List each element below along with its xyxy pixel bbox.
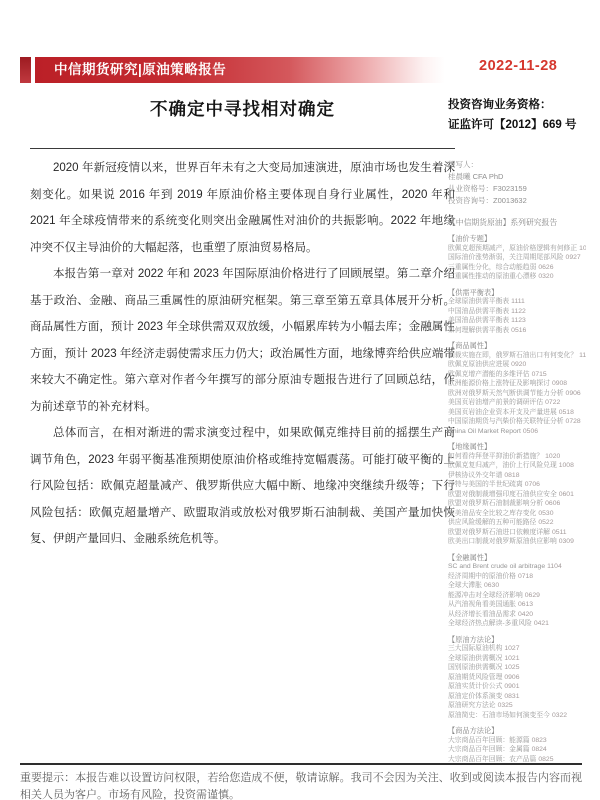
report-item-page: 0516 bbox=[511, 327, 526, 334]
report-item-page: 0522 bbox=[538, 519, 553, 526]
report-item-title: 全球原油供需概况 bbox=[448, 655, 502, 662]
report-item-page: 0630 bbox=[484, 582, 499, 589]
report-item: China Oil Market Report0506 bbox=[448, 427, 586, 437]
report-item-page: 1108 bbox=[579, 352, 586, 359]
report-item-title: 中国油品供需平衡表 bbox=[448, 308, 509, 315]
report-item: 欧洲对俄罗斯天然气断供调节能力分析0906 bbox=[448, 389, 586, 399]
report-item-title: 从汽油视角看美国通胀 bbox=[448, 601, 516, 608]
report-item-page: 0908 bbox=[552, 380, 567, 387]
report-item-title: 欧佩克原油供应进展 bbox=[448, 361, 509, 368]
report-item: 供应风险缓解的五种可能路径0522 bbox=[448, 518, 586, 528]
report-item-page: 0325 bbox=[498, 702, 513, 709]
report-section: 【原油方法论】三大国际原油机构1027全球原油供需概况1021国别原油供需概况1… bbox=[448, 635, 586, 721]
report-item: 欧洲能源价格上涨特征及影响探讨0908 bbox=[448, 379, 586, 389]
author-practice-no: 从业资格号：F3023159 bbox=[448, 183, 586, 195]
report-item: 欧佩克增产潜能的多维评估0715 bbox=[448, 370, 586, 380]
report-item: 欧盟对俄罗斯石油制裁影响分析0606 bbox=[448, 499, 586, 509]
report-item: 如何看待拜登平抑油价新措施？1020 bbox=[448, 452, 586, 462]
report-item-page: 1020 bbox=[545, 453, 560, 460]
report-item-page: 0728 bbox=[566, 418, 581, 425]
section-title: 【地缘属性】 bbox=[448, 442, 586, 452]
report-item-page: 1021 bbox=[504, 655, 519, 662]
report-section: 【供需平衡表】全球原油供需平衡表1111中国油品供需平衡表1122美国油品供需平… bbox=[448, 288, 586, 336]
report-item-page: 1025 bbox=[504, 664, 519, 671]
report-item-title: 欧洲对俄罗斯天然气断供调节能力分析 bbox=[448, 390, 564, 397]
series-title: 【中信期货原油】系列研究报告 bbox=[448, 217, 586, 228]
report-item-title: 国别原油供需概况 bbox=[448, 664, 502, 671]
report-item-title: China Oil Market Report bbox=[448, 428, 521, 435]
report-item: 三重属性推动的原油重心漂移0320 bbox=[448, 272, 586, 282]
author-name: 桂晨曦 CFA PhD bbox=[448, 171, 586, 183]
report-item: 欧盟对俄罗斯石油进口依赖度详解0511 bbox=[448, 528, 586, 538]
report-item: 从汽油视角看美国通胀0613 bbox=[448, 600, 586, 610]
main-column: 不确定中寻找相对确定 2020 年新冠疫情以来，世界百年未有之大变局加速演进，原… bbox=[30, 96, 455, 553]
section-title: 【油价专题】 bbox=[448, 234, 586, 244]
report-item-title: 三重属性分化，综合动能趋弱 bbox=[448, 264, 536, 271]
brand-bar-accent bbox=[20, 57, 31, 83]
report-item-page: 0511 bbox=[552, 529, 567, 536]
section-title: 【原油方法论】 bbox=[448, 635, 586, 645]
report-item-title: 欧美出口制裁对俄罗斯原油供应影响 bbox=[448, 538, 557, 545]
section-title: 【商品方法论】 bbox=[448, 726, 586, 736]
report-item-page: 0322 bbox=[552, 712, 567, 719]
report-item-title: 欧佩克超预期减产，原油价格逻辑有何修正 bbox=[448, 245, 577, 252]
report-item-page: 1014 bbox=[579, 245, 586, 252]
report-item-page: 0831 bbox=[504, 693, 519, 700]
report-item: 国别原油供需概况1025 bbox=[448, 663, 586, 673]
report-section: 【商品属性】制裁实施在即，俄罗斯石油出口有何变化？1108欧佩克原油供应进展09… bbox=[448, 341, 586, 436]
report-item-page: 0309 bbox=[559, 538, 574, 545]
report-item: 经济周期中的原油价格0718 bbox=[448, 572, 586, 582]
summary-paragraph: 2020 年新冠疫情以来，世界百年未有之大变局加速演进，原油市场也发生着深刻变化… bbox=[30, 155, 455, 261]
section-title: 【金融属性】 bbox=[448, 553, 586, 563]
report-item-title: 中美油品安全比较之库存变化 bbox=[448, 510, 536, 517]
report-item: 原油研究方法论0325 bbox=[448, 701, 586, 711]
brand-bar: 中信期货研究|原油策略报告 bbox=[20, 57, 445, 83]
report-item: 伊核协议外交年谱0818 bbox=[448, 471, 586, 481]
report-item-page: 0718 bbox=[518, 573, 533, 580]
report-item-title: 大宗商品百年回顾：能源篇 bbox=[448, 737, 530, 744]
report-item-page: 0320 bbox=[538, 273, 553, 280]
report-item-page: 0706 bbox=[525, 481, 540, 488]
report-item-title: 国际油价涨势渐弱，关注周期尾部风险 bbox=[448, 254, 564, 261]
report-item: 从经济增长看油品需求0420 bbox=[448, 610, 586, 620]
report-item-title: 美国油品供需平衡表 bbox=[448, 317, 509, 324]
report-item-title: 大宗商品百年回顾：金属篇 bbox=[448, 746, 530, 753]
report-date: 2022-11-28 bbox=[479, 58, 579, 74]
report-item-title: SC and Brent crude oil arbitrage bbox=[448, 563, 545, 570]
report-item: 全球原油供需平衡表1111 bbox=[448, 297, 586, 307]
report-item-title: 如何看待拜登平抑油价新措施？ bbox=[448, 453, 543, 460]
report-item-title: 全球大滞胀 bbox=[448, 582, 482, 589]
sidebar: 投资咨询业务资格： 证监许可【2012】669 号 撰写人： 桂晨曦 CFA P… bbox=[448, 95, 586, 764]
report-item-page: 0722 bbox=[545, 399, 560, 406]
report-item: 美国油品供需平衡表1123 bbox=[448, 316, 586, 326]
report-item-page: 0606 bbox=[545, 500, 560, 507]
report-item-page: 0506 bbox=[523, 428, 538, 435]
report-item-title: 原油定价体系演变 bbox=[448, 693, 502, 700]
report-item: 中美油品安全比较之库存变化0530 bbox=[448, 509, 586, 519]
report-section: 【地缘属性】如何看待拜登平抑油价新措施？1020欧佩克复归减产，油价上行风险兑现… bbox=[448, 442, 586, 547]
report-title: 不确定中寻找相对确定 bbox=[30, 96, 455, 121]
report-item: 能源冲击对全球经济影响0629 bbox=[448, 591, 586, 601]
report-item: 欧佩克超预期减产，原油价格逻辑有何修正1014 bbox=[448, 244, 586, 254]
report-item: 欧美出口制裁对俄罗斯原油供应影响0309 bbox=[448, 537, 586, 547]
report-item-title: 原油研究方法论 bbox=[448, 702, 496, 709]
report-item: 中国油品供需平衡表1122 bbox=[448, 307, 586, 317]
report-item-page: 1123 bbox=[511, 317, 526, 324]
report-item: 三重属性分化，综合动能趋弱0626 bbox=[448, 263, 586, 273]
report-item-page: 0818 bbox=[504, 472, 519, 479]
report-item: 国际油价涨势渐弱，关注周期尾部风险0927 bbox=[448, 253, 586, 263]
report-item-title: 全球经济热点解读-多重风险 bbox=[448, 620, 532, 627]
report-item-page: 1104 bbox=[547, 563, 562, 570]
report-item-title: 原油实货计价公式 bbox=[448, 683, 502, 690]
report-item-page: 0824 bbox=[532, 746, 547, 753]
report-item: 中国原油期货与汽柴价格关联特征分析0728 bbox=[448, 417, 586, 427]
report-item-page: 1111 bbox=[511, 298, 525, 305]
author-label: 撰写人： bbox=[448, 159, 586, 171]
report-item-page: 0927 bbox=[566, 254, 581, 261]
report-item-page: 0420 bbox=[518, 611, 533, 618]
report-item-page: 0530 bbox=[538, 510, 553, 517]
report-item-page: 0825 bbox=[538, 756, 553, 763]
report-item: 制裁实施在即，俄罗斯石油出口有何变化？1108 bbox=[448, 351, 586, 361]
report-item: 大宗商品百年回顾：能源篇0823 bbox=[448, 736, 586, 746]
report-item-title: 美国页岩油企业资本开支及产量进展 bbox=[448, 409, 557, 416]
report-item: 三大国际原油机构1027 bbox=[448, 644, 586, 654]
qualification-line-2: 证监许可【2012】669 号 bbox=[448, 115, 586, 135]
report-item: 原油定价体系演变0831 bbox=[448, 692, 586, 702]
report-item-page: 1122 bbox=[511, 308, 526, 315]
report-item: 欧盟对俄制裁增强印度石油供应安全0601 bbox=[448, 490, 586, 500]
report-item-title: 沙特与美国的半世纪疏离 bbox=[448, 481, 523, 488]
report-item: 欧佩克复归减产，油价上行风险兑现1008 bbox=[448, 461, 586, 471]
report-item-title: 欧盟对俄制裁增强印度石油供应安全 bbox=[448, 491, 557, 498]
report-item-page: 0901 bbox=[504, 683, 519, 690]
footer: 重要提示：本报告难以设置访问权限，若给您造成不便，敬请谅解。我司不会因为关注、收… bbox=[20, 763, 582, 800]
report-item: SC and Brent crude oil arbitrage1104 bbox=[448, 562, 586, 572]
report-item: 沙特与美国的半世纪疏离0706 bbox=[448, 480, 586, 490]
report-item-title: 伊核协议外交年谱 bbox=[448, 472, 502, 479]
report-item-page: 0823 bbox=[532, 737, 547, 744]
report-item-page: 1008 bbox=[559, 462, 574, 469]
section-title: 【商品属性】 bbox=[448, 341, 586, 351]
report-item-title: 全球原油供需平衡表 bbox=[448, 298, 509, 305]
report-item-title: 从经济增长看油品需求 bbox=[448, 611, 516, 618]
brand-bar-title: 中信期货研究|原油策略报告 bbox=[35, 57, 445, 83]
report-item: 美国页岩油企业资本开支及产量进展0518 bbox=[448, 408, 586, 418]
report-item-title: 原油简史：石油市场如何演变至今 bbox=[448, 712, 550, 719]
report-section: 【商品方法论】大宗商品百年回顾：能源篇0823大宗商品百年回顾：金属篇0824大… bbox=[448, 726, 586, 764]
report-item: 大宗商品百年回顾：金属篇0824 bbox=[448, 745, 586, 755]
summary-paragraph: 总体而言，在相对渐进的需求演变过程中，如果欧佩克维持目前的摇摆生产商调节角色，2… bbox=[30, 420, 455, 553]
report-item-title: 美国页岩油增产前景的调研评估 bbox=[448, 399, 543, 406]
report-item: 全球经济热点解读-多重风险0421 bbox=[448, 619, 586, 629]
report-item-title: 供应风险缓解的五种可能路径 bbox=[448, 519, 536, 526]
report-item-title: 原油期货风险管理 bbox=[448, 674, 502, 681]
report-item-title: 欧盟对俄罗斯石油进口依赖度详解 bbox=[448, 529, 550, 536]
report-item-title: 大宗商品百年回顾：农产品篇 bbox=[448, 756, 536, 763]
report-item-page: 1027 bbox=[504, 645, 519, 652]
report-item-title: 欧洲能源价格上涨特征及影响探讨 bbox=[448, 380, 550, 387]
summary-paragraph: 本报告第一章对 2022 年和 2023 年国际原油价格进行了回顾展望。第二章介… bbox=[30, 261, 455, 420]
report-item: 原油期货风险管理0906 bbox=[448, 673, 586, 683]
disclaimer-text: 重要提示：本报告难以设置访问权限，若给您造成不便，敬请谅解。我司不会因为关注、收… bbox=[20, 770, 582, 800]
report-item-title: 如何理解供需平衡表 bbox=[448, 327, 509, 334]
report-item: 美国页岩油增产前景的调研评估0722 bbox=[448, 398, 586, 408]
report-item: 原油简史：石油市场如何演变至今0322 bbox=[448, 711, 586, 721]
author-block: 撰写人： 桂晨曦 CFA PhD 从业资格号：F3023159 投资咨询号：Z0… bbox=[448, 159, 586, 207]
report-item-title: 制裁实施在即，俄罗斯石油出口有何变化？ bbox=[448, 352, 577, 359]
report-item-page: 0613 bbox=[518, 601, 533, 608]
report-item-page: 0629 bbox=[525, 592, 540, 599]
report-item-page: 0601 bbox=[559, 491, 574, 498]
report-item-page: 0906 bbox=[504, 674, 519, 681]
report-page: 中信期货研究|原油策略报告 2022-11-28 不确定中寻找相对确定 2020… bbox=[0, 0, 600, 800]
section-title: 【供需平衡表】 bbox=[448, 288, 586, 298]
report-item-page: 0518 bbox=[559, 409, 574, 416]
report-item-title: 能源冲击对全球经济影响 bbox=[448, 592, 523, 599]
report-item-title: 中国原油期货与汽柴价格关联特征分析 bbox=[448, 418, 564, 425]
report-item-page: 0715 bbox=[532, 371, 547, 378]
author-advisory-no: 投资咨询号：Z0013632 bbox=[448, 195, 586, 207]
report-series-sections: 【油价专题】欧佩克超预期减产，原油价格逻辑有何修正1014国际油价涨势渐弱，关注… bbox=[448, 234, 586, 764]
report-item: 如何理解供需平衡表0516 bbox=[448, 326, 586, 336]
report-item-page: 0421 bbox=[534, 620, 549, 627]
qualification-line-1: 投资咨询业务资格： bbox=[448, 95, 586, 115]
report-item-page: 0906 bbox=[566, 390, 581, 397]
report-section: 【金融属性】SC and Brent crude oil arbitrage11… bbox=[448, 553, 586, 629]
report-item-title: 三大国际原油机构 bbox=[448, 645, 502, 652]
report-item-page: 0626 bbox=[538, 264, 553, 271]
report-item-title: 欧佩克复归减产，油价上行风险兑现 bbox=[448, 462, 557, 469]
report-item: 全球大滞胀0630 bbox=[448, 581, 586, 591]
summary-paragraphs: 2020 年新冠疫情以来，世界百年未有之大变局加速演进，原油市场也发生着深刻变化… bbox=[30, 155, 455, 553]
title-divider bbox=[30, 148, 455, 149]
report-item-page: 0920 bbox=[511, 361, 526, 368]
report-item-title: 三重属性推动的原油重心漂移 bbox=[448, 273, 536, 280]
report-item: 原油实货计价公式0901 bbox=[448, 682, 586, 692]
report-item: 欧佩克原油供应进展0920 bbox=[448, 360, 586, 370]
report-item-title: 欧佩克增产潜能的多维评估 bbox=[448, 371, 530, 378]
report-section: 【油价专题】欧佩克超预期减产，原油价格逻辑有何修正1014国际油价涨势渐弱，关注… bbox=[448, 234, 586, 282]
report-item: 全球原油供需概况1021 bbox=[448, 654, 586, 664]
report-item-title: 欧盟对俄罗斯石油制裁影响分析 bbox=[448, 500, 543, 507]
report-item-title: 经济周期中的原油价格 bbox=[448, 573, 516, 580]
